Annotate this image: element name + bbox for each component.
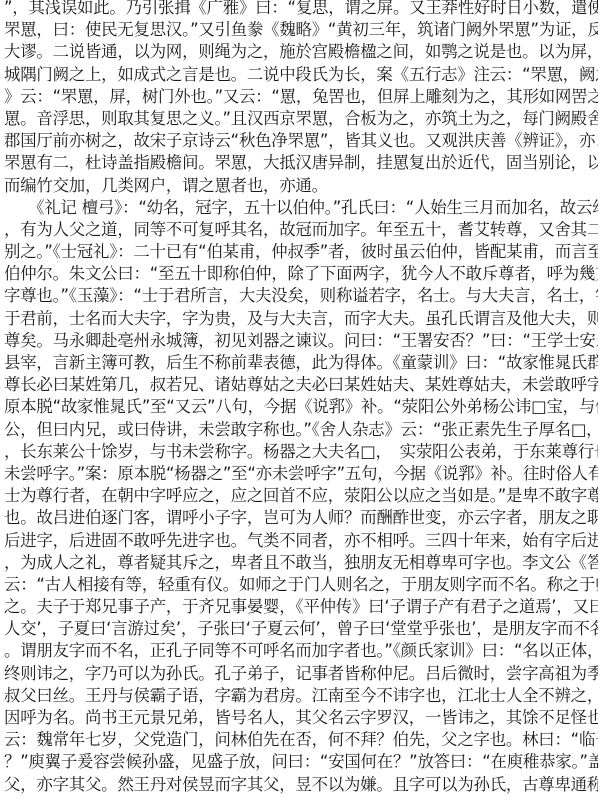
text-line: 》云：“罘罳，屏，树门外也。”又云：“罳，兔罟也，但屏上雕刻为之，其形如网罟之状…	[4, 86, 598, 108]
text-line: 大谬。二说皆通，以为网，则绳为之，施於宫殿檐楹之间，如鹗之说是也。以为屏，则刻木…	[4, 41, 598, 63]
paragraph-fusi: ”，其浅误如此。乃引张揖《广雅》曰：“复思，谓之屏。又王莽性好时日小数，遣使坏渭…	[4, 0, 598, 197]
text-line: 未尝呼字。”案：原本脱“杨器之”至“亦未尝呼字”五句，今据《说郛》补。往时俗人有…	[4, 463, 598, 485]
text-line: 公，但曰内兄，或曰侍讲，未尝敢字称也。”《舍人杂志》云：“张正素先生子厚名□，东…	[4, 419, 598, 441]
text-line: 原本脱“故家惟晁氏”至“又云”八句，今据《说郛》补。“荥阳公外弟杨公讳□宝，与他…	[4, 396, 598, 418]
text-line: 因呼为名。尚书王元景兄弟，皆号名人，其父名云字罗汉，一皆讳之，其馀不足怪也。”又…	[4, 707, 598, 729]
text-line: 《礼记 檀弓》：“幼名，冠字，五十以伯仲。”孔氏曰：“人始生三月而加名，故云幼名…	[4, 197, 598, 219]
text-line: 士为尊行者，在朝中字呼应之，应之回首不应，荥阳公以应之当如是。”是卑不敢字尊，尊…	[4, 485, 598, 507]
text-line: 字尊也。”《玉藻》：“士于君所言，大夫没矣，则称谥若字，名士。与大夫言，名士，字…	[4, 285, 598, 307]
text-line: 罘罳有二，杜诗盖指殿檐间。罘罳，大抵汉唐异制，挂罳复出於近代，固当别论，以附疏通…	[4, 152, 598, 174]
text-line: 伯仲尔。朱文公曰：“至五十即称伯仲，除了下面两字，犹今人不敢斥尊者，呼为幾丈之类…	[4, 263, 598, 285]
text-line: 城隅门阙之上，如成式之言是也。二说中段氏为长，案《五行志》注云：“罘罳，阙之屏也…	[4, 64, 598, 86]
text-line: 尊矣。马永卿赴亳州永城簿，初见刘器之谏议。问曰：“王署安否？”曰：“王学士安乐。…	[4, 330, 598, 352]
document-body: ”，其浅误如此。乃引张揖《广雅》曰：“复思，谓之屏。又王莽性好时日小数，遣使坏渭…	[0, 0, 600, 796]
text-line: 云：“古人相接有等，轻重有仪。如师之于门人则名之，于朋友则字而不名。称之于师，则…	[4, 574, 598, 596]
text-line: 。谓朋友字而不名，正孔子同等不可呼名而加字者也。”《颜氏家训》曰：“名以正体，字…	[4, 640, 598, 662]
text-line: ，为成人之礼，尊者疑其斥之，卑者且不敢当，独朋友无相尊卑可字也。李文公《答朱载书…	[4, 552, 598, 574]
text-line: 郡国厅前亦树之，故宋子京诗云“秋色净罘罳”，皆其义也。又观洪庆善《辨证》，亦以结…	[4, 130, 598, 152]
paragraph-mingzi: 《礼记 檀弓》：“幼名，冠字，五十以伯仲。”孔氏曰：“人始生三月而加名，故云幼名…	[4, 197, 598, 796]
text-line: 后进字，后进固不敢呼先进字也。气类不同者，亦不相呼。三四十年来，始有字后进者，要…	[4, 530, 598, 552]
text-line: 云：魏常年七岁，父党造门，问林伯先在否，何不拜？伯先，父之字也。林曰：“临子字父…	[4, 729, 598, 751]
text-line: 尊长必曰某姓第几，叔若兄、诸姑尊姑之夫必曰某姓姑夫、某姓尊姑夫，未尝敢呼字也。”…	[4, 374, 598, 396]
text-line: 而编竹交加，几类网户，谓之罳者也，亦通。	[4, 175, 598, 197]
text-line: ，长东莱公十馀岁，与书未尝称字。杨器之大夫名□， 实荥阳公表弟，于东莱尊行也，与…	[4, 441, 598, 463]
text-line: ，有为人父之道，同等不可复呼其名，故冠而加字。年至五十，耆艾转尊，又舍其二十之字…	[4, 219, 598, 241]
text-line: 于君前，士名而大夫字，字为贵，及与大夫言，而字大夫。虽孔氏谓言及他大夫，则呼字卑…	[4, 308, 598, 330]
text-line: 罳。音浮思，则取其复思之义。”且汉西京罘罳，合板为之，亦筑土为之，每门阙殿舍前皆…	[4, 108, 598, 130]
text-line: 人交’，子夏曰‘言游过矣’，子张曰‘子夏云何’，曾子曰‘堂堂乎张也’，是朋友字而…	[4, 618, 598, 640]
text-line: 之。夫子于郑兄事子产，于齐兄事晏婴，《平仲传》曰‘子谓子产有君子之道焉’，又曰‘…	[4, 596, 598, 618]
text-line: 终则讳之，字乃可以为孙氏。孔子弟子，记事者皆称仲尼。吕后微时，尝字高祖为季。至汉…	[4, 663, 598, 685]
text-line: 叔父曰丝。王丹与侯霸子语，字霸为君房。江南至今不讳字也，江北士人全不辨之，名亦呼…	[4, 685, 598, 707]
text-line: 父，亦字其父。然王丹对侯昱而字其父，昱不以为嫌。且字可以为孙氏，古尊卑通称。《春…	[4, 774, 598, 796]
text-line: 也。故吕进伯逐门客，谓呼小子字，岂可为人师？而酬酢世变，亦云字者，朋友之职也。尝…	[4, 507, 598, 529]
text-line: ？”庾翼子爰容尝候孙盛，见盛子放，问曰：“安国何在？”放答曰：“在庾稚恭家。”盖…	[4, 751, 598, 773]
text-line: 别之。”《士冠礼》：二十已有“伯某甫，仲叔季”者，彼时虽云伯仲，皆配某甫，而言至…	[4, 241, 598, 263]
text-line: 县宰，言新主簿可教，后生不称前辈表德，此为得体。《童蒙训》曰：“故家惟晁氏群居相…	[4, 352, 598, 374]
text-line: 罘罳，曰：使民无复思汉。”又引鱼豢《魏略》“黄初三年，筑诸门阙外罘罳”为证，反以…	[4, 19, 598, 41]
text-line: ”，其浅误如此。乃引张揖《广雅》曰：“复思，谓之屏。又王莽性好时日小数，遣使坏渭…	[4, 0, 598, 19]
